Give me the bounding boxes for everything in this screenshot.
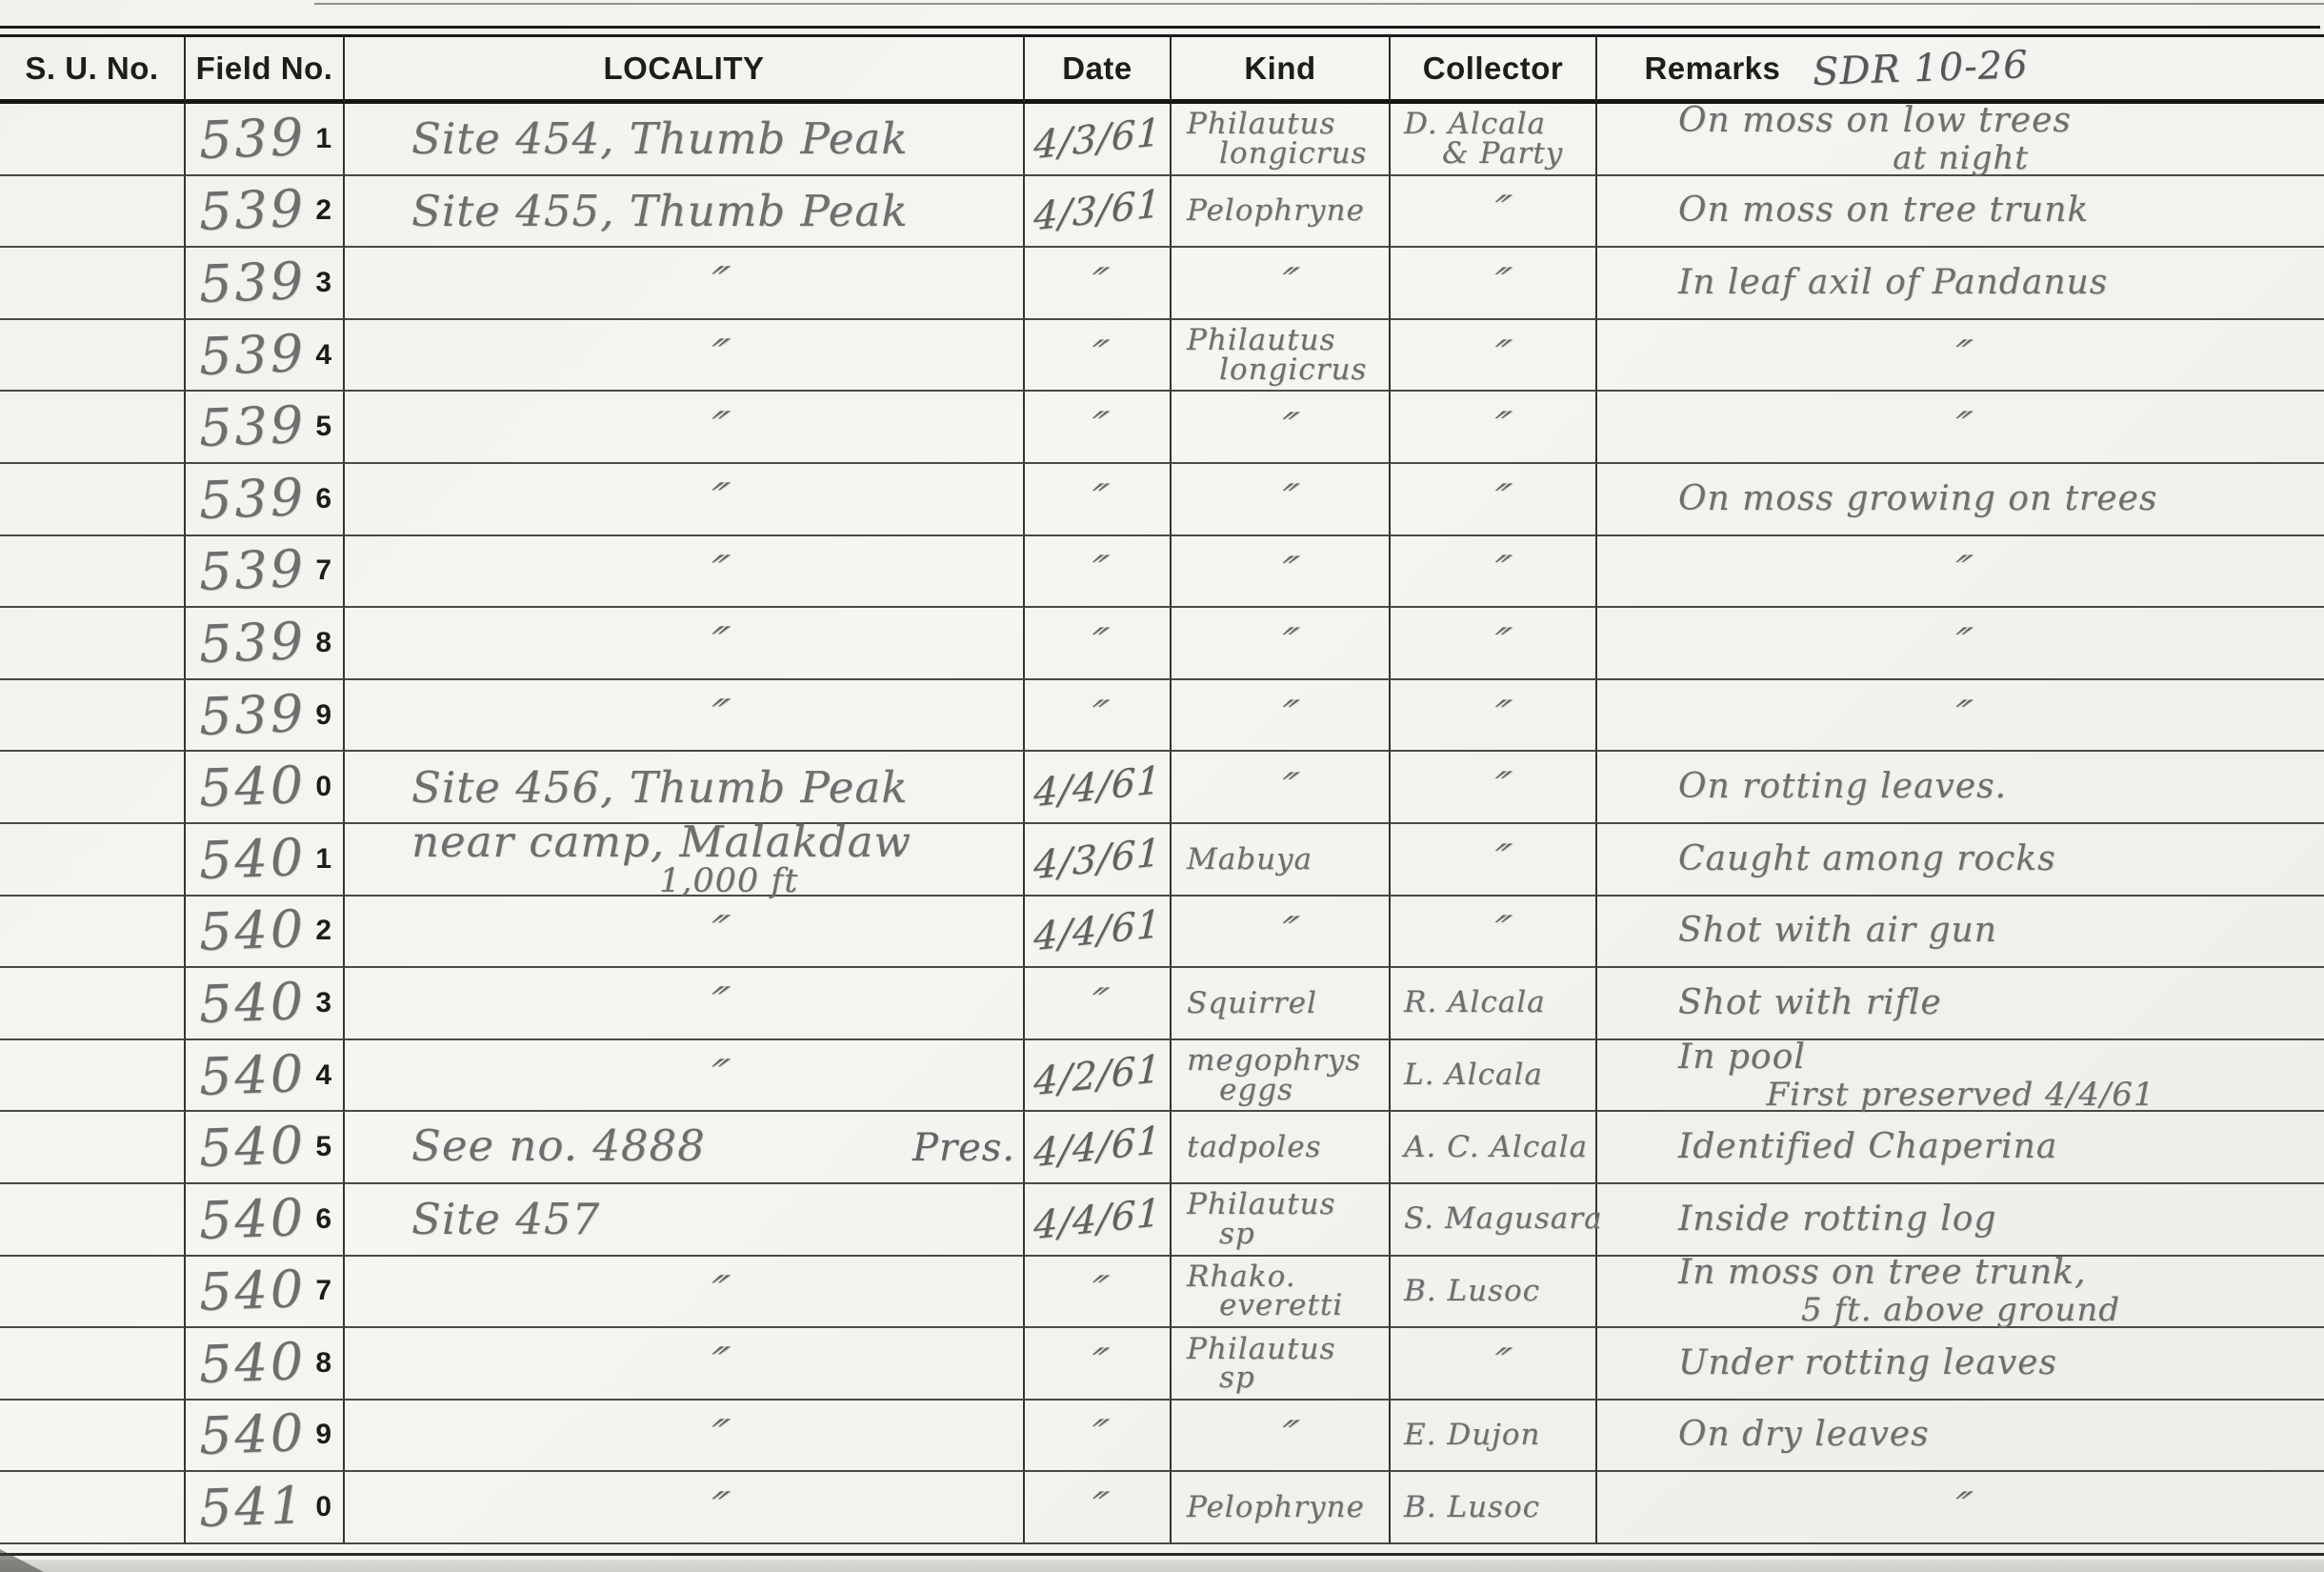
cell-locality: Site 456, Thumb Peak — [345, 752, 1025, 824]
field-no-preprinted-digit: 3 — [315, 987, 331, 1019]
date-value: ″ — [1017, 695, 1178, 736]
cell-collector: ″ — [1391, 536, 1597, 609]
header-label: Collector — [1423, 50, 1564, 87]
kind-value: ″ — [1272, 263, 1304, 302]
collector-value: B. Lusoc — [1404, 1277, 1540, 1306]
cell-date: 4/2/61 — [1025, 1040, 1172, 1113]
collector-value: ″ — [1483, 839, 1516, 879]
cell-su-no — [0, 464, 186, 536]
locality-line1: Site 454, Thumb Peak — [345, 117, 1023, 160]
date-value: ″ — [1017, 551, 1178, 591]
cell-remarks: ″ — [1597, 1472, 2324, 1544]
cell-field-no: 540 8 — [186, 1328, 345, 1401]
cell-date: 4/3/61 — [1025, 104, 1172, 176]
cell-remarks: On moss on low trees at night — [1597, 104, 2324, 176]
locality-value: ″ — [403, 1486, 1032, 1529]
cell-collector: ″ — [1391, 320, 1597, 393]
cell-collector: ″ — [1391, 608, 1597, 680]
field-no-handwritten-prefix: 540 — [198, 903, 307, 958]
date-value: 4/4/61 — [1032, 905, 1161, 957]
collector-value: ″ — [1483, 191, 1516, 231]
field-no-handwritten-prefix: 540 — [198, 759, 307, 815]
cell-field-no: 540 3 — [186, 968, 345, 1040]
locality-line1: near camp, Malakdaw — [345, 820, 1023, 863]
field-no-handwritten-prefix: 540 — [198, 1336, 307, 1391]
kind-value: Philautus — [1187, 326, 1335, 354]
cell-su-no — [0, 1184, 186, 1257]
cell-kind: Squirrel — [1172, 968, 1391, 1040]
cell-locality: ″ — [345, 536, 1025, 609]
cell-locality: ″ — [345, 897, 1025, 969]
field-no-preprinted-digit: 4 — [315, 1059, 331, 1092]
cell-locality: ″ — [345, 1040, 1025, 1113]
locality-value: near camp, Malakdaw — [411, 820, 912, 863]
cell-remarks: In moss on tree trunk, 5 ft. above groun… — [1597, 1257, 2324, 1329]
cell-locality: ″ — [345, 608, 1025, 680]
kind-value: ″ — [1272, 768, 1304, 807]
cell-remarks: Under rotting leaves — [1597, 1328, 2324, 1401]
header-label: Field No. — [196, 50, 333, 87]
cell-field-no: 539 5 — [186, 392, 345, 464]
cell-remarks: ″ — [1597, 392, 2324, 464]
locality-line1: ″ — [345, 333, 1023, 376]
field-no-preprinted-digit: 5 — [315, 411, 331, 443]
locality-note: Pres. — [912, 1126, 1015, 1170]
cell-collector: A. C. Alcala — [1391, 1112, 1597, 1184]
locality-value: ″ — [403, 1054, 1032, 1097]
cell-locality: ″ — [345, 968, 1025, 1040]
remarks-value: On moss on tree trunk — [1597, 193, 2324, 228]
kind-value: Rhako. — [1187, 1262, 1296, 1291]
column-header-collector: Collector — [1391, 37, 1597, 104]
cell-date: ″ — [1025, 1328, 1172, 1401]
kind-value: Mabuya — [1187, 845, 1312, 874]
date-value: ″ — [1017, 1415, 1178, 1455]
cell-field-no: 540 7 — [186, 1257, 345, 1329]
date-value: ″ — [1017, 1343, 1178, 1383]
field-no-preprinted-digit: 9 — [315, 699, 331, 732]
field-no-handwritten-prefix: 540 — [198, 1119, 307, 1175]
scanned-field-ledger-page: S. U. No. Field No. LOCALITY Date Kind C… — [0, 0, 2324, 1572]
cell-field-no: 540 4 — [186, 1040, 345, 1113]
cell-remarks: On rotting leaves. — [1597, 752, 2324, 824]
cell-field-no: 539 9 — [186, 680, 345, 753]
cell-locality: near camp, Malakdaw 1,000 ft — [345, 824, 1025, 897]
column-header-su-no: S. U. No. — [0, 37, 186, 104]
cell-collector: L. Alcala — [1391, 1040, 1597, 1113]
collector-value: ″ — [1483, 911, 1516, 951]
cell-collector: ″ — [1391, 680, 1597, 753]
cell-remarks: Shot with air gun — [1597, 897, 2324, 969]
cell-field-no: 540 0 — [186, 752, 345, 824]
kind-value: Philautus — [1187, 1190, 1335, 1219]
cell-kind: Mabuya — [1172, 824, 1391, 897]
cell-su-no — [0, 392, 186, 464]
field-no-handwritten-prefix: 541 — [198, 1480, 307, 1535]
locality-line1: ″ — [345, 477, 1023, 520]
locality-line1: ″ — [345, 1054, 1023, 1097]
locality-line1: ″ — [345, 910, 1023, 953]
remarks-line2: at night — [1597, 142, 2324, 174]
locality-value: ″ — [403, 406, 1032, 449]
cell-su-no — [0, 897, 186, 969]
field-no-preprinted-digit: 1 — [315, 843, 331, 876]
locality-value: Site 454, Thumb Peak — [411, 117, 908, 160]
cell-kind: Philautus sp — [1172, 1184, 1391, 1257]
cell-kind: ″ — [1172, 680, 1391, 753]
field-no-handwritten-prefix: 539 — [198, 615, 307, 671]
remarks-value: On rotting leaves. — [1597, 770, 2324, 804]
date-value: 4/3/61 — [1032, 185, 1161, 236]
cell-locality: See no. 4888 Pres. — [345, 1112, 1025, 1184]
cell-locality: ″ — [345, 248, 1025, 320]
specimen-ledger-table: S. U. No. Field No. LOCALITY Date Kind C… — [0, 37, 2324, 1544]
cell-date: 4/4/61 — [1025, 752, 1172, 824]
locality-line1: ″ — [345, 621, 1023, 664]
field-no-preprinted-digit: 7 — [315, 554, 331, 587]
cell-remarks: Inside rotting log — [1597, 1184, 2324, 1257]
locality-value: ″ — [403, 1270, 1032, 1313]
cell-kind: Rhako. everetti — [1172, 1257, 1391, 1329]
cell-collector: ″ — [1391, 464, 1597, 536]
cell-su-no — [0, 1401, 186, 1473]
locality-value: Site 456, Thumb Peak — [411, 766, 908, 809]
cell-collector: R. Alcala — [1391, 968, 1597, 1040]
date-value: ″ — [1017, 983, 1178, 1023]
cell-remarks: Caught among rocks — [1597, 824, 2324, 897]
cell-field-no: 539 3 — [186, 248, 345, 320]
field-no-handwritten-prefix: 540 — [198, 1408, 307, 1463]
cell-date: ″ — [1025, 608, 1172, 680]
field-no-handwritten-prefix: 540 — [198, 1263, 307, 1319]
cell-field-no: 541 0 — [186, 1472, 345, 1544]
field-no-preprinted-digit: 6 — [315, 1203, 331, 1236]
cell-locality: Site 455, Thumb Peak — [345, 176, 1025, 249]
cell-remarks: ″ — [1597, 680, 2324, 753]
field-no-preprinted-digit: 3 — [315, 267, 331, 299]
cell-date: ″ — [1025, 464, 1172, 536]
cell-kind: ″ — [1172, 1401, 1391, 1473]
collector-value: D. Alcala — [1404, 110, 1546, 139]
column-header-remarks: Remarks SDR 10-26 — [1597, 37, 2324, 104]
remarks-value: Under rotting leaves — [1597, 1346, 2324, 1381]
header-label: LOCALITY — [604, 50, 765, 87]
field-no-preprinted-digit: 6 — [315, 483, 331, 515]
date-value: 4/4/61 — [1032, 1193, 1161, 1244]
kind-value: tadpoles — [1187, 1133, 1321, 1161]
kind-line2: longicrus — [1187, 355, 1367, 384]
cell-locality: ″ — [345, 1401, 1025, 1473]
field-no-handwritten-prefix: 540 — [198, 1048, 307, 1103]
cell-su-no — [0, 1257, 186, 1329]
cell-field-no: 540 5 — [186, 1112, 345, 1184]
cell-collector: S. Magusara — [1391, 1184, 1597, 1257]
cell-su-no — [0, 1112, 186, 1184]
header-label: S. U. No. — [25, 50, 158, 87]
collector-value: ″ — [1483, 1343, 1516, 1383]
kind-line2: sp — [1187, 1219, 1255, 1248]
cell-kind: ″ — [1172, 536, 1391, 609]
cell-su-no — [0, 536, 186, 609]
collector-value: E. Dujon — [1404, 1421, 1540, 1450]
date-value: 4/3/61 — [1032, 834, 1161, 885]
field-no-preprinted-digit: 8 — [315, 1347, 331, 1380]
cell-field-no: 539 4 — [186, 320, 345, 393]
collector-value: ″ — [1483, 551, 1516, 591]
cell-date: ″ — [1025, 1401, 1172, 1473]
kind-value: Pelophryne — [1187, 196, 1365, 225]
date-value: 4/4/61 — [1032, 1121, 1161, 1173]
collector-value: B. Lusoc — [1404, 1493, 1540, 1522]
locality-value: ″ — [403, 1341, 1032, 1384]
kind-value: ″ — [1272, 1416, 1304, 1455]
cell-kind: ″ — [1172, 392, 1391, 464]
remarks-value: In moss on tree trunk, — [1597, 1256, 2324, 1290]
locality-line1: ″ — [345, 550, 1023, 593]
remarks-value: In leaf axil of Pandanus — [1597, 266, 2324, 300]
cell-field-no: 539 8 — [186, 608, 345, 680]
cell-collector: ″ — [1391, 176, 1597, 249]
remarks-value: Caught among rocks — [1597, 842, 2324, 877]
locality-value: ″ — [403, 981, 1032, 1024]
locality-line1: ″ — [345, 1414, 1023, 1457]
bottom-double-rule-lower — [0, 1553, 2324, 1556]
kind-value: ″ — [1272, 552, 1304, 591]
remarks-value: ″ — [1590, 551, 2324, 591]
cell-kind: Pelophryne — [1172, 176, 1391, 249]
cell-date: ″ — [1025, 968, 1172, 1040]
cell-su-no — [0, 824, 186, 897]
header-label: Remarks — [1644, 50, 1780, 87]
field-no-handwritten-prefix: 539 — [198, 688, 307, 743]
cell-remarks: On moss growing on trees — [1597, 464, 2324, 536]
remarks-value: ″ — [1590, 1487, 2324, 1527]
field-no-handwritten-prefix: 539 — [198, 183, 307, 238]
field-no-preprinted-digit: 0 — [315, 771, 331, 803]
cell-date: ″ — [1025, 320, 1172, 393]
cell-kind: Philautus longicrus — [1172, 104, 1391, 176]
cell-collector: E. Dujon — [1391, 1401, 1597, 1473]
cell-remarks: On dry leaves — [1597, 1401, 2324, 1473]
cell-field-no: 540 2 — [186, 897, 345, 969]
locality-line1: ″ — [345, 694, 1023, 736]
kind-line2: longicrus — [1187, 139, 1367, 168]
date-value: 4/4/61 — [1032, 761, 1161, 813]
cell-kind: ″ — [1172, 752, 1391, 824]
column-header-date: Date — [1025, 37, 1172, 104]
column-header-field-no: Field No. — [186, 37, 345, 104]
cell-date: ″ — [1025, 680, 1172, 753]
field-no-handwritten-prefix: 539 — [198, 543, 307, 598]
cell-date: ″ — [1025, 1257, 1172, 1329]
date-value: 4/2/61 — [1032, 1049, 1161, 1100]
remarks-value: ″ — [1590, 695, 2324, 736]
cell-collector: ″ — [1391, 824, 1597, 897]
cell-date: ″ — [1025, 392, 1172, 464]
locality-value: Site 457 — [411, 1198, 600, 1240]
cell-remarks: Identified Chaperina — [1597, 1112, 2324, 1184]
top-double-rule-upper — [0, 26, 2320, 29]
locality-line1: ″ — [345, 981, 1023, 1024]
cell-kind: ″ — [1172, 897, 1391, 969]
cell-date: 4/4/61 — [1025, 1112, 1172, 1184]
kind-value: ″ — [1272, 695, 1304, 735]
locality-line1: ″ — [345, 261, 1023, 304]
date-value: ″ — [1017, 263, 1178, 303]
date-value: ″ — [1017, 623, 1178, 663]
cell-field-no: 539 1 — [186, 104, 345, 176]
field-no-preprinted-digit: 2 — [315, 915, 331, 947]
cell-collector: ″ — [1391, 1328, 1597, 1401]
cell-collector: D. Alcala & Party — [1391, 104, 1597, 176]
scan-top-line-fragment — [314, 3, 2324, 5]
locality-line1: Site 455, Thumb Peak — [345, 190, 1023, 232]
cell-locality: ″ — [345, 464, 1025, 536]
locality-value: ″ — [403, 261, 1032, 304]
collector-value: ″ — [1483, 407, 1516, 447]
collector-value: ″ — [1483, 623, 1516, 663]
cell-locality: Site 454, Thumb Peak — [345, 104, 1025, 176]
remarks-value: In pool — [1597, 1040, 2324, 1075]
locality-value: Site 455, Thumb Peak — [411, 190, 908, 232]
cell-kind: Philautus sp — [1172, 1328, 1391, 1401]
remarks-value: ″ — [1590, 335, 2324, 375]
header-label: Kind — [1244, 50, 1315, 87]
cell-su-no — [0, 608, 186, 680]
locality-line1: See no. 4888 Pres. — [345, 1124, 1023, 1170]
field-no-handwritten-prefix: 539 — [198, 399, 307, 454]
kind-line2: eggs — [1187, 1076, 1293, 1104]
locality-value: ″ — [403, 694, 1032, 736]
kind-value: megophrys — [1187, 1046, 1361, 1075]
field-no-preprinted-digit: 0 — [315, 1491, 331, 1523]
cell-field-no: 540 1 — [186, 824, 345, 897]
locality-value: ″ — [403, 1414, 1032, 1457]
cell-collector: ″ — [1391, 248, 1597, 320]
cell-collector: B. Lusoc — [1391, 1472, 1597, 1544]
locality-value: ″ — [403, 550, 1032, 593]
paper-bottom-edge — [0, 1560, 2324, 1572]
locality-line1: Site 457 — [345, 1198, 1023, 1240]
cell-date: ″ — [1025, 536, 1172, 609]
cell-date: 4/3/61 — [1025, 176, 1172, 249]
locality-value: See no. 4888 — [411, 1124, 706, 1167]
cell-date: 4/4/61 — [1025, 897, 1172, 969]
cell-kind: ″ — [1172, 464, 1391, 536]
column-header-kind: Kind — [1172, 37, 1391, 104]
cell-remarks: ″ — [1597, 536, 2324, 609]
date-value: ″ — [1017, 1271, 1178, 1311]
cell-remarks: ″ — [1597, 608, 2324, 680]
cell-locality: ″ — [345, 1328, 1025, 1401]
field-no-handwritten-prefix: 539 — [198, 255, 307, 311]
locality-line2: 1,000 ft — [345, 865, 1023, 898]
cell-su-no — [0, 752, 186, 824]
field-no-handwritten-prefix: 539 — [198, 328, 307, 383]
cell-field-no: 539 6 — [186, 464, 345, 536]
remarks-value: Inside rotting log — [1597, 1202, 2324, 1237]
cell-su-no — [0, 176, 186, 249]
remarks-value: Shot with rifle — [1597, 986, 2324, 1020]
cell-field-no: 539 2 — [186, 176, 345, 249]
cell-date: ″ — [1025, 1472, 1172, 1544]
kind-value: ″ — [1272, 912, 1304, 951]
remarks-line2: 5 ft. above ground — [1597, 1294, 2324, 1326]
remarks-value: ″ — [1590, 623, 2324, 663]
field-no-handwritten-prefix: 540 — [198, 1192, 307, 1247]
cell-locality: ″ — [345, 320, 1025, 393]
cell-date: 4/4/61 — [1025, 1184, 1172, 1257]
cell-su-no — [0, 680, 186, 753]
cell-su-no — [0, 248, 186, 320]
locality-value: ″ — [403, 333, 1032, 376]
remarks-value: On moss on low trees — [1597, 104, 2324, 138]
kind-line2: everetti — [1187, 1291, 1343, 1320]
locality-value: ″ — [403, 910, 1032, 953]
column-header-locality: LOCALITY — [345, 37, 1025, 104]
cell-locality: ″ — [345, 1472, 1025, 1544]
header-label: Date — [1062, 50, 1132, 87]
field-no-preprinted-digit: 7 — [315, 1275, 331, 1307]
locality-line1: Site 456, Thumb Peak — [345, 766, 1023, 809]
remarks-value: On dry leaves — [1597, 1418, 2324, 1452]
cell-su-no — [0, 104, 186, 176]
cell-su-no — [0, 1328, 186, 1401]
cell-collector: ″ — [1391, 392, 1597, 464]
cell-kind: Philautus longicrus — [1172, 320, 1391, 393]
collector-value: ″ — [1483, 695, 1516, 736]
kind-value: Philautus — [1187, 110, 1335, 138]
field-no-preprinted-digit: 9 — [315, 1419, 331, 1451]
cell-locality: ″ — [345, 1257, 1025, 1329]
cell-collector: B. Lusoc — [1391, 1257, 1597, 1329]
locality-line1: ″ — [345, 406, 1023, 449]
date-value: ″ — [1017, 479, 1178, 519]
cell-remarks: In leaf axil of Pandanus — [1597, 248, 2324, 320]
cell-remarks: On moss on tree trunk — [1597, 176, 2324, 249]
cell-locality: ″ — [345, 392, 1025, 464]
field-no-preprinted-digit: 4 — [315, 339, 331, 372]
field-no-preprinted-digit: 8 — [315, 627, 331, 659]
cell-kind: Pelophryne — [1172, 1472, 1391, 1544]
cell-su-no — [0, 1040, 186, 1113]
kind-value: ″ — [1272, 479, 1304, 518]
collector-value: ″ — [1483, 263, 1516, 303]
kind-value: Philautus — [1187, 1335, 1335, 1363]
cell-remarks: In pool First preserved 4/4/61 — [1597, 1040, 2324, 1113]
cell-kind: tadpoles — [1172, 1112, 1391, 1184]
field-no-preprinted-digit: 2 — [315, 194, 331, 227]
cell-su-no — [0, 1472, 186, 1544]
handwritten-remarks-annotation: SDR 10-26 — [1813, 43, 2030, 94]
cell-su-no — [0, 968, 186, 1040]
cell-remarks: ″ — [1597, 320, 2324, 393]
cell-field-no: 539 7 — [186, 536, 345, 609]
date-value: ″ — [1017, 407, 1178, 447]
remarks-line2: First preserved 4/4/61 — [1597, 1078, 2324, 1111]
cell-kind: megophrys eggs — [1172, 1040, 1391, 1113]
cell-date: 4/3/61 — [1025, 824, 1172, 897]
collector-value: R. Alcala — [1404, 988, 1546, 1018]
remarks-value: Shot with air gun — [1597, 914, 2324, 948]
cell-remarks: Shot with rifle — [1597, 968, 2324, 1040]
cell-kind: ″ — [1172, 248, 1391, 320]
locality-value: ″ — [403, 621, 1032, 664]
kind-value: Pelophryne — [1187, 1493, 1365, 1522]
cell-kind: ″ — [1172, 608, 1391, 680]
field-no-preprinted-digit: 1 — [315, 123, 331, 155]
collector-line2: & Party — [1404, 139, 1563, 169]
